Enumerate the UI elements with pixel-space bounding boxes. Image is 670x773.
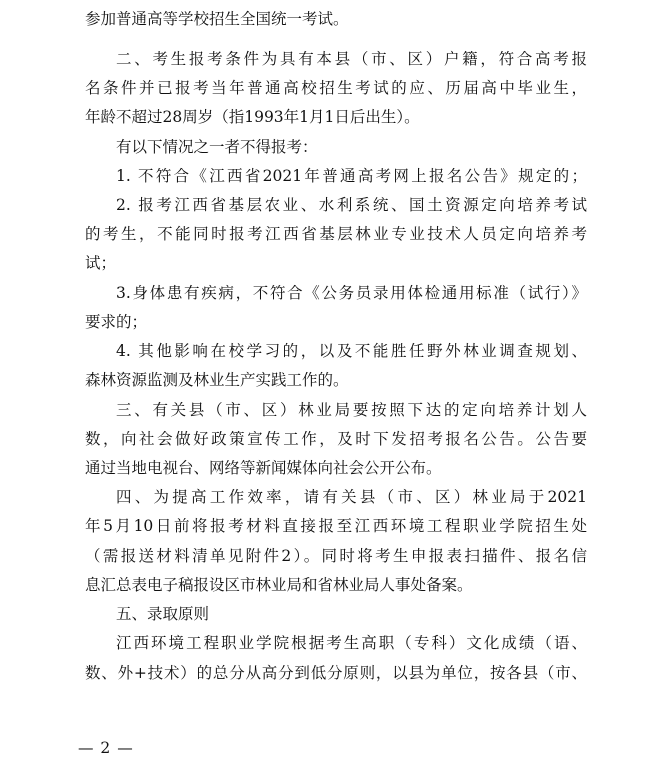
text-line: 名条件并已报考当年普通高校招生考试的应、历届高中毕业生，	[85, 77, 587, 99]
text-line: 数，向社会做好政策宣传工作，及时下发招考报名公告。公告要	[85, 428, 587, 450]
section-3-heading-line: 三、有关县（市、区）林业局要按照下达的定向培养计划人	[116, 399, 587, 421]
text-line: 数、外+技术）的总分从高分到低分原则，以县为单位，按各县（市、	[85, 662, 587, 684]
section-4-heading-line: 四、为提高工作效率，请有关县（市、区）林业局于2021	[116, 486, 587, 508]
section-2-heading-line: 二、考生报考条件为具有本县（市、区）户籍，符合高考报	[116, 48, 587, 70]
exclusion-item-4: 4. 其他影响在校学习的，以及不能胜任野外林业调查规划、	[116, 340, 587, 362]
text-line: 森林资源监测及林业生产实践工作的。	[85, 369, 587, 391]
text-line: （需报送材料清单见附件2）。同时将考生申报表扫描件、报名信	[85, 545, 587, 567]
text-line: 年龄不超过28周岁（指1993年1月1日后出生）。	[85, 106, 587, 128]
text-line: 息汇总表电子稿报设区市林业局和省林业局人事处备案。	[85, 574, 587, 596]
text-line: 年5月10日前将报考材料直接报至江西环境工程职业学院招生处	[85, 515, 587, 537]
text-line: 试；	[85, 252, 587, 274]
exclusion-item-3: 3.身体患有疾病，不符合《公务员录用体检通用标准（试行）》	[116, 282, 587, 304]
exclusion-item-1: 1. 不符合《江西省2021年普通高考网上报名公告》规定的；	[116, 165, 587, 187]
section-5-heading: 五、录取原则	[116, 603, 587, 625]
text-line: 通过当地电视台、网络等新闻媒体向社会公开公布。	[85, 457, 587, 479]
text-line: 江西环境工程职业学院根据考生高职（专科）文化成绩（语、	[116, 632, 587, 654]
exclusion-intro-line: 有以下情况之一者不得报考：	[116, 136, 587, 158]
text-line: 的考生，不能同时报考江西省基层林业专业技术人员定向培养考	[85, 223, 587, 245]
document-page: 参加普通高等学校招生全国统一考试。 二、考生报考条件为具有本县（市、区）户籍，符…	[0, 0, 670, 773]
page-number: — 2 —	[78, 737, 134, 759]
text-line: 要求的；	[85, 311, 587, 333]
text-line-continuation: 参加普通高等学校招生全国统一考试。	[85, 8, 587, 30]
exclusion-item-2: 2. 报考江西省基层农业、水利系统、国土资源定向培养考试	[116, 194, 587, 216]
